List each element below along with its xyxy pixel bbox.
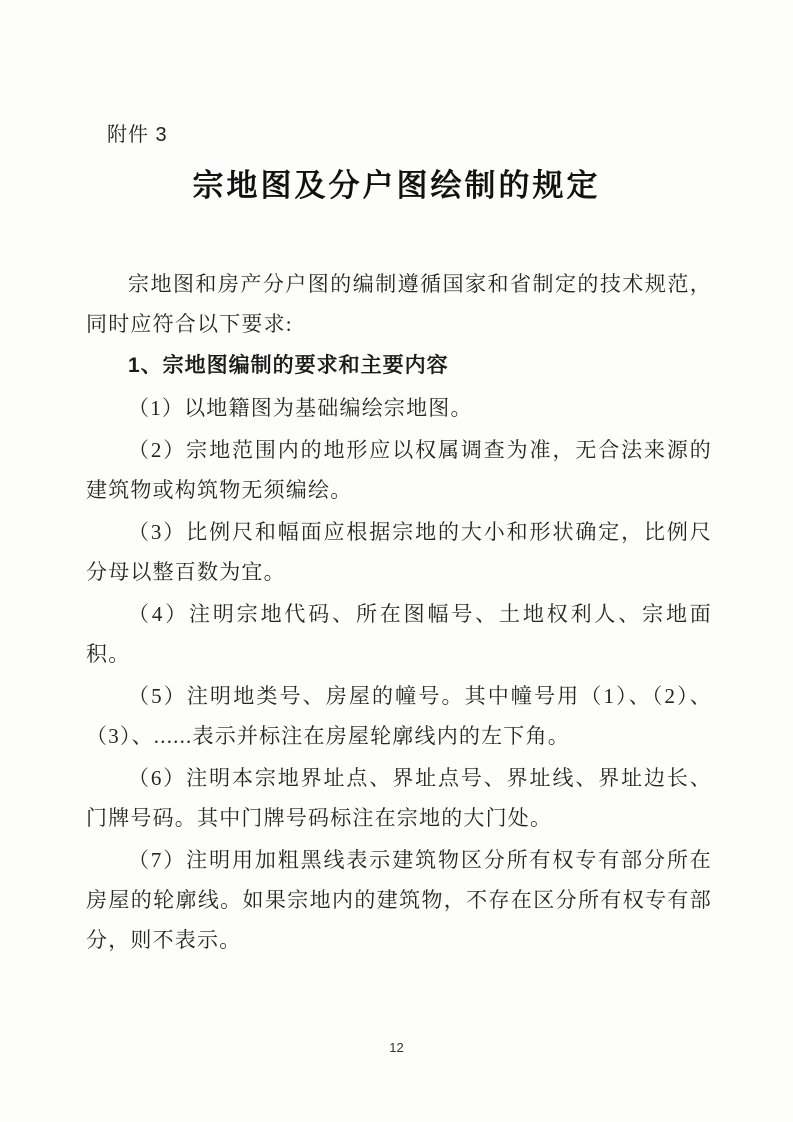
list-item-2: （2）宗地范围内的地形应以权属调查为准，无合法来源的建筑物或构筑物无须编绘。: [86, 430, 712, 510]
list-item-4: （4）注明宗地代码、所在图幅号、土地权利人、宗地面积。: [86, 594, 712, 674]
attachment-label: 附件 3: [107, 118, 168, 147]
page-number: 12: [0, 1040, 793, 1055]
document-page: 附件 3 宗地图及分户图绘制的规定 宗地图和房产分户图的编制遵循国家和省制定的技…: [0, 0, 793, 1122]
list-item-1: （1）以地籍图为基础编绘宗地图。: [86, 388, 712, 428]
list-item-5: （5）注明地类号、房屋的幢号。其中幢号用（1）、（2）、（3）、......表示…: [86, 676, 712, 756]
list-item-6: （6）注明本宗地界址点、界址点号、界址线、界址边长、门牌号码。其中门牌号码标注在…: [86, 758, 712, 838]
intro-paragraph: 宗地图和房产分户图的编制遵循国家和省制定的技术规范，同时应符合以下要求:: [86, 264, 712, 344]
section-heading: 1、宗地图编制的要求和主要内容: [86, 346, 712, 386]
list-item-7: （7）注明用加粗黑线表示建筑物区分所有权专有部分所在房屋的轮廓线。如果宗地内的建…: [86, 840, 712, 960]
document-body: 宗地图和房产分户图的编制遵循国家和省制定的技术规范，同时应符合以下要求: 1、宗…: [86, 264, 712, 962]
page-title: 宗地图及分户图绘制的规定: [0, 160, 793, 205]
list-item-3: （3）比例尺和幅面应根据宗地的大小和形状确定，比例尺分母以整百数为宜。: [86, 512, 712, 592]
